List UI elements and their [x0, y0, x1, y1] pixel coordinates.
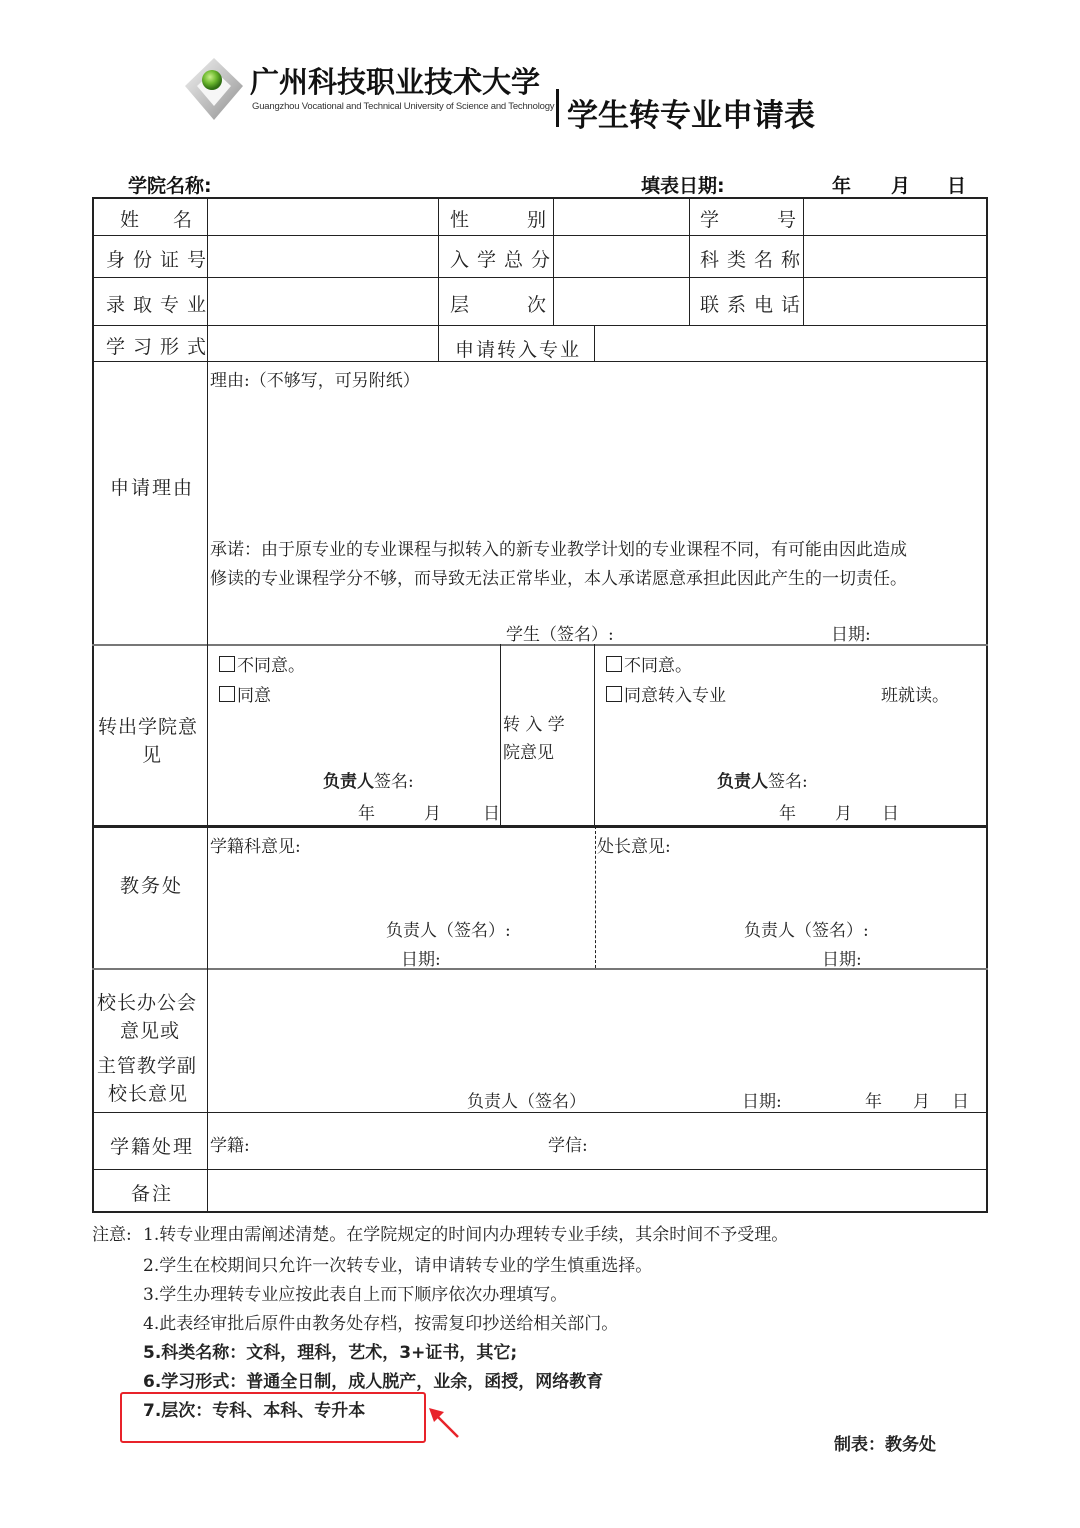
- col-line: [594, 644, 595, 825]
- highlight-box: [120, 1392, 426, 1443]
- checkbox-icon[interactable]: [606, 656, 622, 672]
- in-college-year: 年: [779, 799, 796, 824]
- president-signature-label: 负责人（签名）: [467, 1087, 586, 1112]
- fill-date-day: 日: [947, 171, 966, 198]
- registry-field[interactable]: [262, 1118, 532, 1166]
- label-out-college-line2: 见: [142, 740, 161, 767]
- label-academic-affairs: 教务处: [120, 871, 183, 898]
- college-name-label: 学院名称:: [128, 171, 212, 198]
- promise-line-2: 修读的专业课程学分不够，而导致无法正常毕业，本人承诺愿意承担此因此产生的一切责任…: [210, 564, 907, 589]
- label-total-score: 入学总分: [450, 245, 558, 272]
- in-college-class-suffix: 班就读。: [881, 681, 949, 706]
- student-date-field[interactable]: [880, 616, 980, 640]
- id-number-field[interactable]: [209, 237, 437, 276]
- president-opinion-field[interactable]: [210, 972, 984, 1082]
- president-month: 月: [913, 1087, 930, 1112]
- label-admitted-major: 录取专业: [106, 290, 214, 317]
- label-name: 姓 名: [120, 205, 206, 232]
- table-border-bottom: [92, 1211, 988, 1213]
- in-college-day: 日: [882, 799, 899, 824]
- reason-hint: 理由:（不够写，可另附纸）: [210, 366, 420, 391]
- president-day: 日: [952, 1087, 969, 1112]
- out-college-signature-label: 负责人签名:: [323, 767, 414, 792]
- student-signature-field[interactable]: [624, 616, 814, 640]
- note-item-3: 3.学生办理转专业应按此表自上而下顺序依次办理填写。: [143, 1280, 567, 1305]
- director-signature-label: 负责人（签名）:: [744, 916, 869, 941]
- registry-signature-label: 负责人（签名）:: [386, 916, 511, 941]
- label-application-reason: 申请理由: [110, 473, 194, 500]
- label-out-college-line1: 转出学院意: [98, 712, 198, 739]
- gender-field[interactable]: [555, 199, 688, 234]
- study-form-field[interactable]: [209, 327, 437, 360]
- reason-textarea[interactable]: [210, 392, 984, 527]
- notes-prefix: 注意:: [92, 1220, 132, 1245]
- red-arrow-icon: [424, 1402, 466, 1444]
- label-student-id: 学号: [700, 205, 796, 232]
- president-year: 年: [865, 1087, 882, 1112]
- note-item-5: 5.科类名称：文科，理科，艺术，3+证书，其它;: [143, 1338, 517, 1363]
- student-date-label: 日期:: [831, 620, 871, 645]
- label-in-college-line2: 院意见: [503, 738, 554, 763]
- row-line: [92, 325, 988, 326]
- registry-label: 学籍:: [210, 1131, 250, 1156]
- title-divider: [556, 89, 559, 127]
- label-in-college-line1: 转 入 学: [503, 710, 565, 735]
- in-college-month: 月: [835, 799, 852, 824]
- xuexin-label: 学信:: [548, 1131, 588, 1156]
- in-college-agree-option[interactable]: 同意转入专业: [606, 681, 726, 706]
- label-remarks: 备注: [131, 1179, 173, 1206]
- label-president-line1: 校长办公会: [97, 988, 197, 1015]
- registry-opinion-field[interactable]: [210, 858, 590, 908]
- name-field[interactable]: [209, 199, 437, 234]
- target-major-field[interactable]: [596, 327, 985, 360]
- fill-date-month: 月: [891, 171, 910, 198]
- row-line: [92, 825, 988, 828]
- label-president-line2: 意见或: [120, 1016, 180, 1043]
- school-name-cn: 广州科技职业技术大学: [250, 60, 540, 101]
- out-college-day: 日: [483, 799, 500, 824]
- in-college-disagree-option[interactable]: 不同意。: [606, 651, 692, 676]
- row-line: [92, 235, 988, 236]
- col-line-dashed: [595, 826, 596, 968]
- table-border-right: [986, 197, 988, 1213]
- president-date-label: 日期:: [742, 1087, 782, 1112]
- fill-date-year: 年: [832, 171, 851, 198]
- out-college-month: 月: [424, 799, 441, 824]
- checkbox-icon[interactable]: [219, 656, 235, 672]
- form-maker: 制表：教务处: [834, 1430, 936, 1455]
- subject-category-field[interactable]: [805, 237, 985, 276]
- in-college-signature-label: 负责人签名:: [717, 767, 808, 792]
- registry-date-label: 日期:: [401, 945, 441, 970]
- col-line: [438, 197, 439, 361]
- row-line: [92, 1169, 988, 1170]
- note-item-1: 1.转专业理由需阐述清楚。在学院规定的时间内办理转专业手续，其余时间不予受理。: [143, 1220, 788, 1245]
- checkbox-icon[interactable]: [219, 686, 235, 702]
- col-line: [689, 197, 690, 325]
- table-border-left: [92, 197, 94, 1213]
- student-id-field[interactable]: [805, 199, 985, 234]
- note-item-4: 4.此表经审批后原件由教务处存档，按需复印抄送给相关部门。: [143, 1309, 618, 1334]
- col-line: [594, 325, 595, 361]
- note-item-6: 6.学习形式：普通全日制，成人脱产，业余，函授，网络教育: [143, 1367, 603, 1392]
- out-college-disagree-option[interactable]: 不同意。: [219, 651, 305, 676]
- label-id-number: 身份证号: [106, 245, 214, 272]
- university-logo-icon: [183, 56, 245, 122]
- director-date-label: 日期:: [822, 945, 862, 970]
- label-status-processing: 学籍处理: [110, 1132, 194, 1159]
- col-line: [500, 644, 501, 825]
- label-phone: 联系电话: [700, 290, 808, 317]
- label-study-form: 学习形式: [106, 332, 214, 359]
- xuexin-field[interactable]: [600, 1118, 980, 1166]
- label-subject-category: 科类名称: [700, 245, 808, 272]
- school-name-en: Guangzhou Vocational and Technical Unive…: [252, 101, 554, 112]
- director-opinion-field[interactable]: [600, 858, 980, 908]
- row-line: [92, 1112, 988, 1113]
- director-opinion-label: 处长意见:: [597, 832, 671, 857]
- out-college-year: 年: [358, 799, 375, 824]
- checkbox-icon[interactable]: [606, 686, 622, 702]
- phone-field[interactable]: [805, 279, 985, 324]
- note-item-2: 2.学生在校期间只允许一次转专业，请申请转专业的学生慎重选择。: [143, 1251, 652, 1276]
- remarks-field[interactable]: [210, 1172, 984, 1209]
- row-line: [92, 277, 988, 278]
- label-president-line3: 主管教学副: [97, 1051, 197, 1078]
- level-field[interactable]: [555, 279, 688, 324]
- form-title: 学生转专业申请表: [567, 90, 815, 135]
- promise-line-1: 承诺：由于原专业的专业课程与拟转入的新专业教学计划的专业课程不同，有可能由因此造…: [210, 535, 907, 560]
- label-president-line4: 校长意见: [108, 1079, 188, 1106]
- fill-date-label: 填表日期:: [641, 171, 725, 198]
- student-signature-label: 学生（签名）:: [506, 620, 614, 645]
- total-score-field[interactable]: [555, 237, 688, 276]
- admitted-major-field[interactable]: [209, 279, 437, 324]
- label-gender: 性别: [450, 205, 546, 232]
- label-target-major: 申请转入专业: [455, 335, 581, 362]
- in-college-class-field[interactable]: [745, 680, 875, 704]
- registry-opinion-label: 学籍科意见:: [210, 832, 301, 857]
- out-college-agree-option[interactable]: 同意: [219, 681, 271, 706]
- label-level: 层次: [450, 290, 546, 317]
